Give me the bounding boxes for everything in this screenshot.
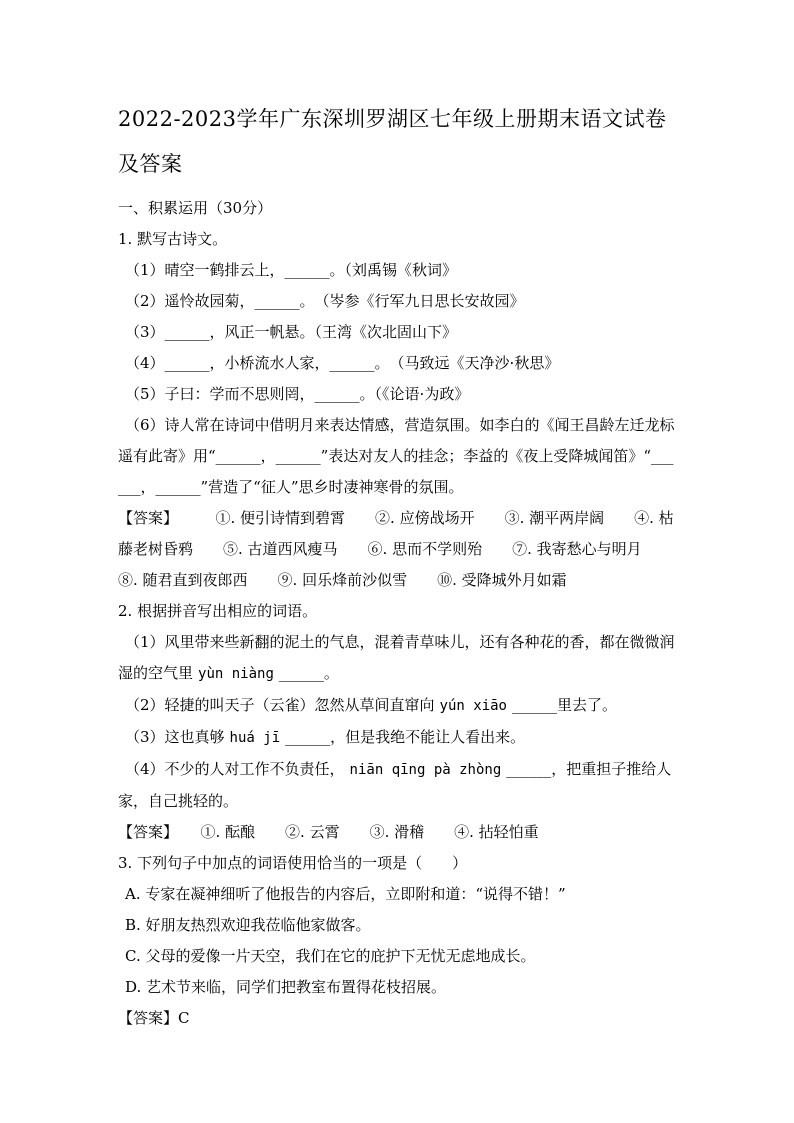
q2-item-1-pinyin: yùn niàng (198, 666, 274, 682)
q2-item-2-text-before: （2）轻捷的叫天子（云雀）忽然从草间直窜向 (125, 696, 435, 714)
q2-item-3-text-after: ______，但是我绝不能让人看出来。 (285, 728, 525, 746)
q3-option-b: B. 好朋友热烈欢迎我莅临他家做客。 (118, 910, 676, 941)
section-heading: 一、积累运用（30分） (118, 193, 676, 224)
q1-item-6: （6）诗人常在诗词中借明月来表达情感，营造氛围。如李白的《闻王昌龄左迁龙标遥有此… (118, 410, 676, 503)
q3-option-a: A. 专家在凝神细听了他报告的内容后，立即附和道：“说得不错！” (118, 879, 676, 910)
q3-answer: 【答案】C (118, 1003, 676, 1034)
q2-item-1-text-after: ______。 (279, 664, 339, 682)
q1-item-2: （2）遥怜故园菊，______。 （岑参《行军九日思长安故园》 (118, 286, 676, 317)
q2-item-2: （2）轻捷的叫天子（云雀）忽然从草间直窜向yún xiāo______里去了。 (118, 690, 676, 722)
q2-item-3-pinyin: huá jī (230, 730, 281, 746)
exam-paper-page: 2022-2023学年广东深圳罗湖区七年级上册期末语文试卷及答案 一、积累运用（… (0, 0, 794, 1123)
document-title: 2022-2023学年广东深圳罗湖区七年级上册期末语文试卷及答案 (118, 97, 676, 187)
q1-item-1: （1）晴空一鹤排云上，______。（刘禹锡《秋词》 (118, 255, 676, 286)
q2-item-4: （4）不少的人对工作不负责任，niān qīng pà zhòng______，… (118, 754, 676, 817)
q2-answer: 【答案】 ①. 酝酿 ②. 云霄 ③. 滑稽 ④. 拈轻怕重 (118, 817, 676, 848)
question-1-stem: 1. 默写古诗文。 (118, 224, 676, 255)
q2-item-2-text-after: ______里去了。 (512, 696, 617, 714)
q2-item-4-pinyin: niān qīng pà zhòng (350, 762, 502, 778)
question-3-stem: 3. 下列句子中加点的词语使用恰当的一项是（ ） (118, 848, 676, 879)
q1-item-3: （3）______，风正一帆悬。（王湾《次北固山下》 (118, 317, 676, 348)
q3-option-d: D. 艺术节来临，同学们把教室布置得花枝招展。 (118, 972, 676, 1003)
q2-item-3: （3）这也真够huá jī______，但是我绝不能让人看出来。 (118, 722, 676, 754)
q1-item-4: （4）______，小桥流水人家，______。 （马致远《天净沙·秋思》 (118, 348, 676, 379)
question-2-stem: 2. 根据拼音写出相应的词语。 (118, 596, 676, 627)
q1-answer: 【答案】 ①. 便引诗情到碧霄 ②. 应傍战场开 ③. 潮平两岸阔 ④. 枯藤老… (118, 503, 676, 596)
q2-item-3-text-before: （3）这也真够 (125, 728, 225, 746)
q3-option-c: C. 父母的爱像一片天空，我们在它的庇护下无忧无虑地成长。 (118, 941, 676, 972)
q1-item-5: （5）子曰：学而不思则罔，______。（《论语·为政》 (118, 379, 676, 410)
q2-item-2-pinyin: yún xiāo (440, 698, 507, 714)
q2-item-1: （1）风里带来些新翻的泥土的气息，混着青草味儿，还有各种花的香，都在微微润湿的空… (118, 627, 676, 690)
q2-item-4-text-before: （4）不少的人对工作不负责任， (125, 760, 345, 778)
